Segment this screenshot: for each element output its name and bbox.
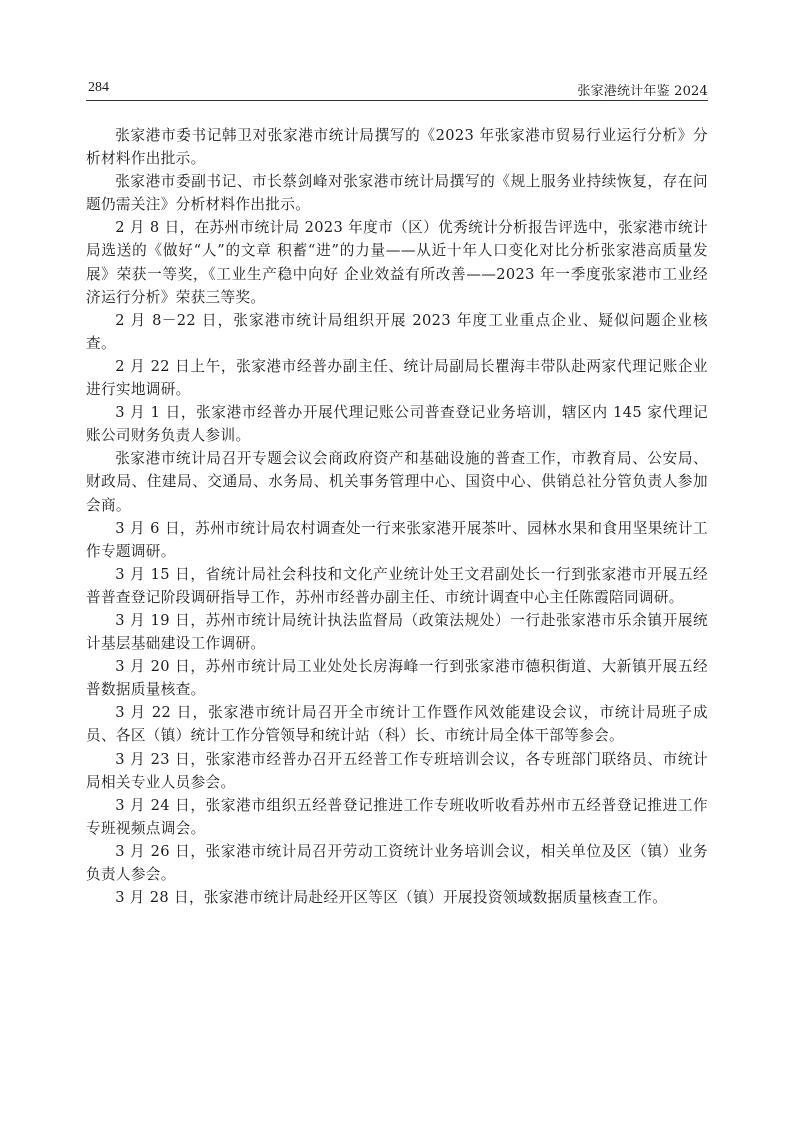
running-header: 284 张家港统计年鉴 2024: [86, 78, 708, 101]
paragraph: 2 月 8 日，在苏州市统计局 2023 年度市（区）优秀统计分析报告评选中，张…: [86, 216, 708, 308]
paragraph: 2 月 22 日上午，张家港市经普办副主任、统计局副局长瞿海丰带队赴两家代理记账…: [86, 355, 708, 401]
paragraph: 2 月 8－22 日，张家港市统计局组织开展 2023 年度工业重点企业、疑似问…: [86, 309, 708, 355]
paragraph: 3 月 28 日，张家港市统计局赴经开区等区（镇）开展投资领域数据质量核查工作。: [86, 886, 708, 909]
paragraph: 3 月 1 日，张家港市经普办开展代理记账公司普查登记业务培训，辖区内 145 …: [86, 401, 708, 447]
paragraph: 张家港市统计局召开专题会议会商政府资产和基础设施的普查工作，市教育局、公安局、财…: [86, 447, 708, 516]
paragraph: 3 月 26 日，张家港市统计局召开劳动工资统计业务培训会议，相关单位及区（镇）…: [86, 840, 708, 886]
paragraph: 3 月 19 日，苏州市统计局统计执法监督局（政策法规处）一行赴张家港市乐余镇开…: [86, 609, 708, 655]
paragraph: 3 月 20 日，苏州市统计局工业处处长房海峰一行到张家港市德积街道、大新镇开展…: [86, 655, 708, 701]
book-title: 张家港统计年鉴 2024: [577, 80, 708, 99]
paragraph: 3 月 6 日，苏州市统计局农村调查处一行来张家港开展茶叶、园林水果和食用坚果统…: [86, 517, 708, 563]
paragraph: 3 月 23 日，张家港市经普办召开五经普工作专班培训会议，各专班部门联络员、市…: [86, 748, 708, 794]
paragraph: 张家港市委副书记、市长蔡剑峰对张家港市统计局撰写的《规上服务业持续恢复，存在问题…: [86, 170, 708, 216]
paragraph: 张家港市委书记韩卫对张家港市统计局撰写的《2023 年张家港市贸易行业运行分析》…: [86, 124, 708, 170]
page-number: 284: [88, 80, 109, 96]
paragraph: 3 月 15 日，省统计局社会科技和文化产业统计处王文君副处长一行到张家港市开展…: [86, 563, 708, 609]
paragraph: 3 月 22 日，张家港市统计局召开全市统计工作暨作风效能建设会议，市统计局班子…: [86, 701, 708, 747]
paragraph: 3 月 24 日，张家港市组织五经普登记推进工作专班收听收看苏州市五经普登记推进…: [86, 794, 708, 840]
body-text: 张家港市委书记韩卫对张家港市统计局撰写的《2023 年张家港市贸易行业运行分析》…: [86, 124, 708, 909]
